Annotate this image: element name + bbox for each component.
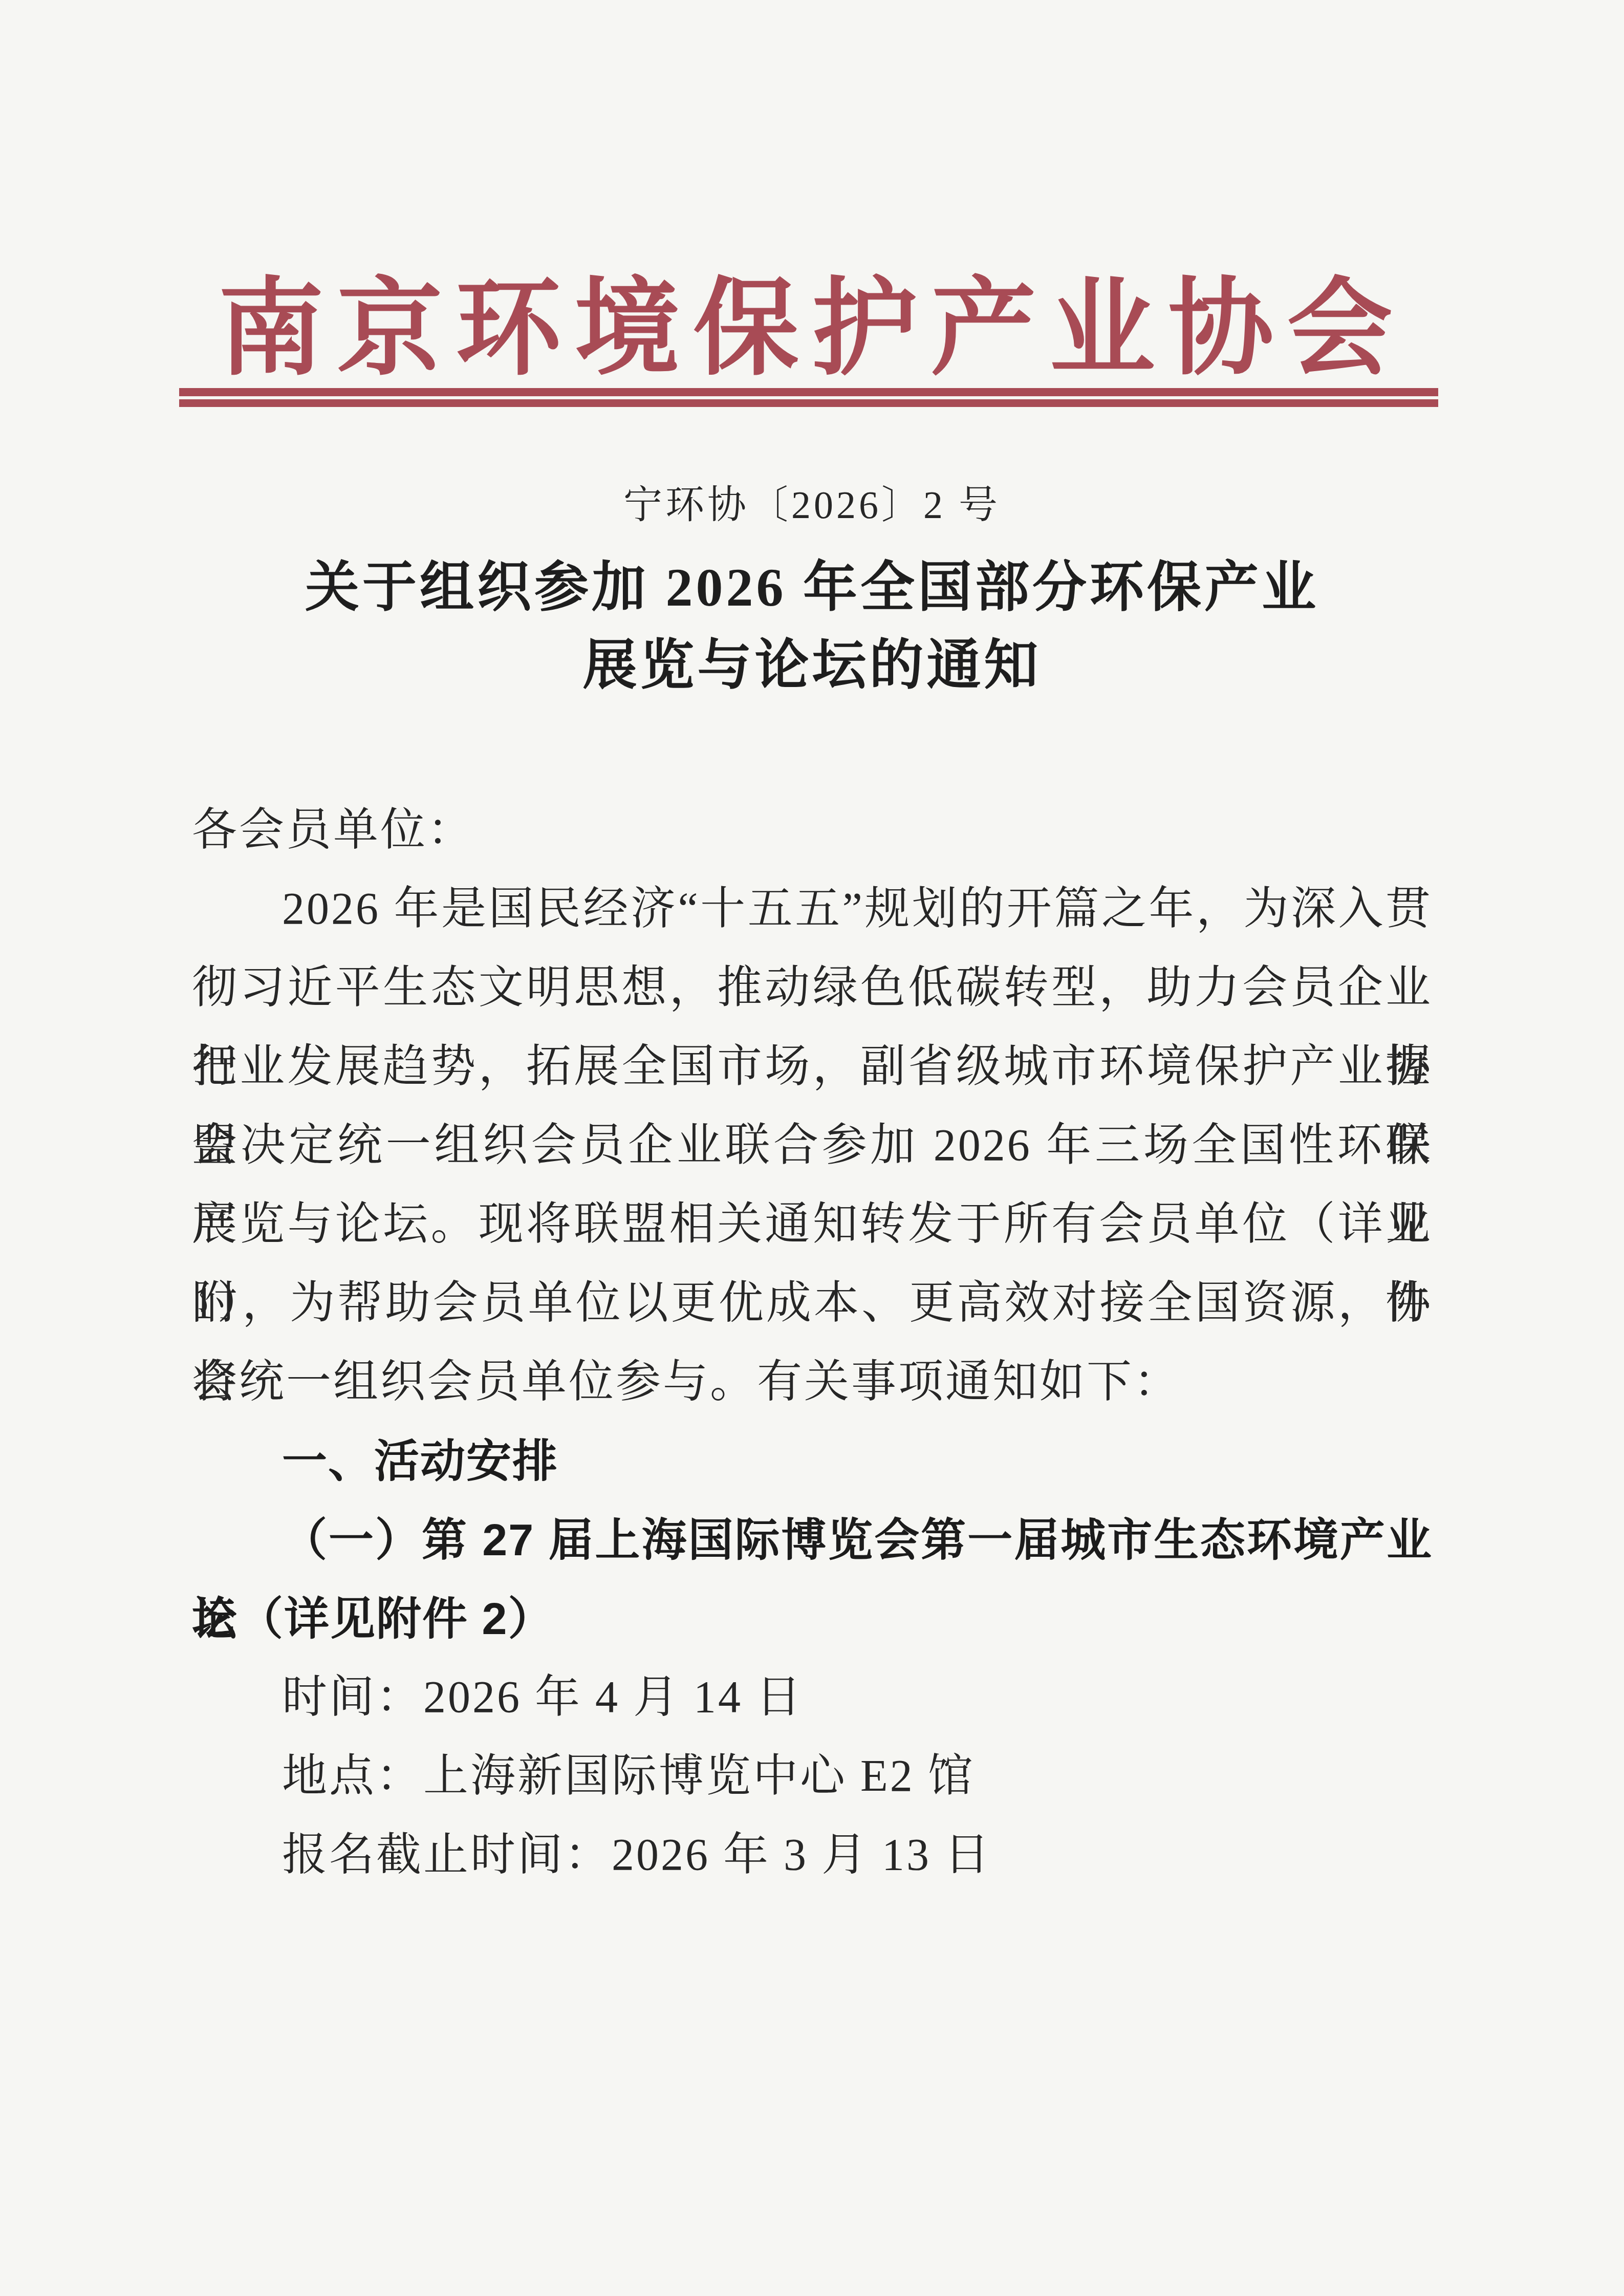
item-heading-line2: 坛（详见附件 2） xyxy=(192,1579,1433,1658)
detail-line-deadline: 报名截止时间：2026 年 3 月 13 日 xyxy=(192,1816,1433,1895)
document-number: 宁环协〔2026〕2 号 xyxy=(0,474,1624,529)
paragraph-line: 展览与论坛。现将联盟相关通知转发于所有会员单位（详见附件 xyxy=(192,1185,1433,1264)
paragraph-line: 1），为帮助会员单位以更优成本、更高效对接全国资源，协会 xyxy=(192,1264,1433,1343)
letterhead-divider-bottom-rule xyxy=(179,399,1438,407)
document-title-line1: 关于组织参加 2026 年全国部分环保产业 xyxy=(0,549,1624,627)
detail-line-location: 地点：上海新国际博览中心 E2 馆 xyxy=(192,1737,1433,1816)
paragraph-line: 行业发展趋势，拓展全国市场，副省级城市环境保护产业协会联 xyxy=(192,1027,1433,1106)
letterhead-divider-top-rule xyxy=(179,388,1438,396)
document-body: 各会员单位： 2026 年是国民经济“十五五”规划的开篇之年，为深入贯 彻习近平… xyxy=(192,791,1433,1895)
detail-line-time: 时间：2026 年 4 月 14 日 xyxy=(192,1658,1433,1737)
paragraph-line: 2026 年是国民经济“十五五”规划的开篇之年，为深入贯 xyxy=(192,870,1433,949)
section-heading: 一、活动安排 xyxy=(192,1422,1433,1500)
document-title-line2: 展览与论坛的通知 xyxy=(0,627,1624,704)
paragraph-line: 将统一组织会员单位参与。有关事项通知如下： xyxy=(192,1343,1433,1422)
document-title: 关于组织参加 2026 年全国部分环保产业 展览与论坛的通知 xyxy=(0,549,1624,704)
letterhead-org-name: 南京环境保护产业协会 xyxy=(0,270,1624,388)
item-heading-line1: （一）第 27 届上海国际博览会第一届城市生态环境产业论 xyxy=(192,1500,1433,1579)
paragraph-line: 盟决定统一组织会员企业联合参加 2026 年三场全国性环保产业 xyxy=(192,1106,1433,1185)
paragraph-line: 彻习近平生态文明思想，推动绿色低碳转型，助力会员企业把握 xyxy=(192,949,1433,1027)
document-page: 南京环境保护产业协会 宁环协〔2026〕2 号 关于组织参加 2026 年全国部… xyxy=(0,0,1624,2296)
salutation: 各会员单位： xyxy=(192,791,1433,870)
